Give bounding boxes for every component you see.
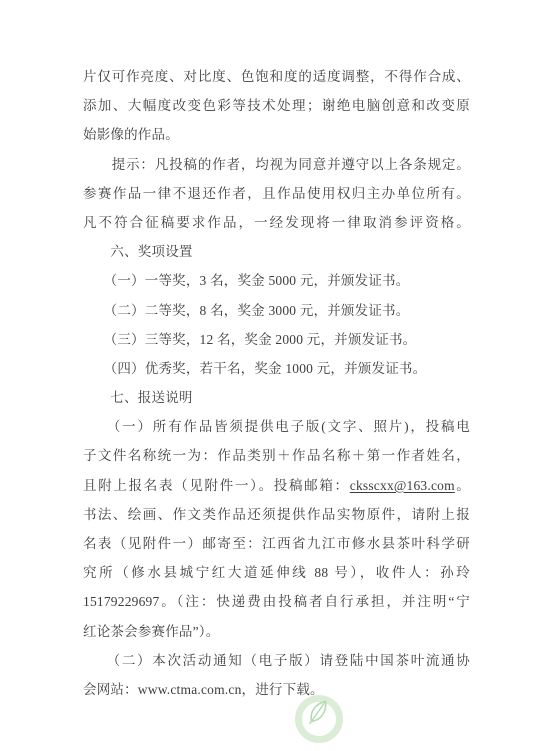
document-page: 片仅可作亮度、对比度、色饱和度的适度调整，不得作合成、 添加、大幅度改变色彩等技… [0, 0, 549, 751]
doc-line-2: 添加、大幅度改变色彩等技术处理；谢绝电脑创意和改变原 [83, 91, 470, 120]
doc-line-21: （二）本次活动通知（电子版）请登陆中国茶叶流通协 [83, 646, 470, 675]
email-line-post: 。 [455, 478, 470, 493]
doc-line-13: （一）所有作品皆须提供电子版(文字、照片)，投稿电 [83, 412, 470, 441]
email-address: cksscxx@163.com [350, 478, 455, 493]
doc-line-email: 且附上报名表（见附件一）。投稿邮箱：cksscxx@163.com。 [83, 471, 470, 500]
doc-line-14: 子文件名称统一为：作品类别＋作品名称＋第一作者姓名， [83, 441, 470, 470]
doc-line-5: 参赛作品一律不退还作者，且作品使用权归主办单位所有。 [83, 179, 470, 208]
doc-line-16: 书法、绘画、作文类作品还须提供作品实物原件，请附上报 [83, 500, 470, 529]
doc-line-18: 究所（修水县城宁红大道延伸线 88 号），收件人：孙玲 [83, 558, 470, 587]
doc-line-20: 红论茶会参赛作品”）。 [83, 617, 470, 646]
doc-award-item-4: （四）优秀奖，若干名，奖金 1000 元，并颁发证书。 [83, 354, 470, 383]
doc-line-19: 15179229697。（注：快递费由投稿者自行承担，并注明“宁 [83, 587, 470, 616]
doc-line-6: 凡不符合征稿要求作品，一经发现将一律取消参评资格。 [83, 208, 470, 237]
doc-heading-awards: 六、奖项设置 [83, 237, 470, 266]
doc-line-3: 始影像的作品。 [83, 120, 470, 149]
doc-line-4: 提示：凡投稿的作者，均视为同意并遵守以上各条规定。 [83, 150, 470, 179]
doc-line-1: 片仅可作亮度、对比度、色饱和度的适度调整，不得作合成、 [83, 62, 470, 91]
email-line-pre: 且附上报名表（见附件一）。投稿邮箱： [83, 478, 350, 493]
doc-line-17: 名表（见附件一）邮寄至：江西省九江市修水县茶叶科学研 [83, 529, 470, 558]
doc-award-item-2: （二）二等奖，8 名，奖金 3000 元，并颁发证书。 [83, 296, 470, 325]
doc-award-item-1: （一）一等奖，3 名，奖金 5000 元，并颁发证书。 [83, 266, 470, 295]
doc-award-item-3: （三）三等奖，12 名，奖金 2000 元，并颁发证书。 [83, 325, 470, 354]
document-text-block: 片仅可作亮度、对比度、色饱和度的适度调整，不得作合成、 添加、大幅度改变色彩等技… [83, 62, 470, 704]
doc-line-website: 会网站：www.ctma.com.cn，进行下载。 [83, 675, 470, 704]
doc-heading-submission: 七、报送说明 [83, 383, 470, 412]
